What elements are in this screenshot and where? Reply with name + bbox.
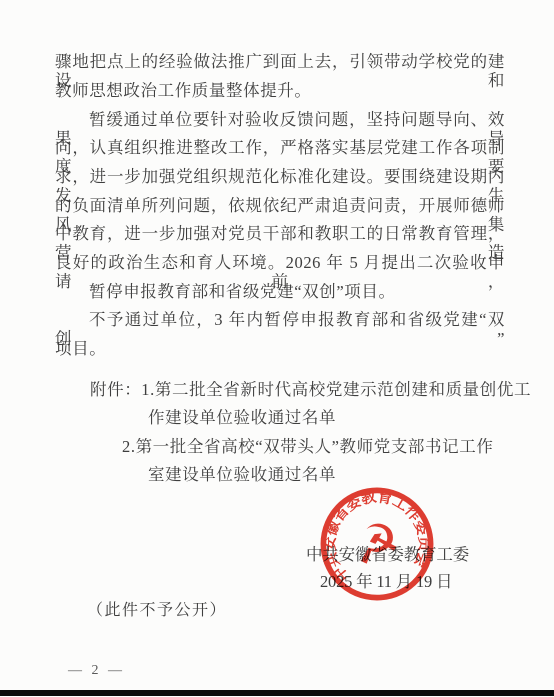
body-line: 项目。	[55, 339, 106, 358]
signature-date: 2025 年 11 月 19 日	[320, 568, 452, 592]
document-page: 骤地把点上的经验做法推广到面上去，引领带动学校党的建设和 教师思想政治工作质量整…	[0, 0, 554, 697]
body-line: 暂缓通过单位要针对验收反馈问题，坚持问题导向、效果导	[55, 110, 505, 129]
attachment-line: 作建设单位验收通过名单	[148, 408, 336, 427]
attachment-line: 附件：1.第二批全省新时代高校党建示范创建和质量创优工	[90, 380, 531, 399]
page-number: — 2 —	[68, 663, 125, 679]
signature-organization: 中共安徽省委教育工委	[306, 541, 469, 565]
body-line: 中教育，进一步加强对党员干部和教职工的日常教育管理，营造	[55, 224, 505, 243]
body-line: 求，进一步加强党组织规范化标准化建设。要围绕建设期内发生	[55, 167, 505, 186]
body-line: 的负面清单所列问题，依规依纪严肃追责问责，开展师德师风集	[55, 196, 505, 215]
body-line: 向，认真组织推进整改工作，严格落实基层党建工作各项制度要	[55, 138, 505, 157]
body-line: 骤地把点上的经验做法推广到面上去，引领带动学校党的建设和	[55, 52, 505, 71]
scan-edge-artifact	[0, 690, 554, 696]
body-line: 暂停申报教育部和省级党建“双创”项目。	[89, 282, 396, 301]
confidential-note: （此件不予公开）	[87, 597, 227, 620]
body-line: 不予通过单位，3 年内暂停申报教育部和省级党建“双创”	[55, 310, 505, 329]
attachment-line: 室建设单位验收通过名单	[148, 465, 336, 484]
body-line: 良好的政治生态和育人环境。2026 年 5 月提出二次验收申请前，	[55, 253, 505, 272]
attachment-line: 2.第一批全省高校“双带头人”教师党支部书记工作	[122, 437, 493, 456]
body-line: 教师思想政治工作质量整体提升。	[55, 81, 312, 100]
